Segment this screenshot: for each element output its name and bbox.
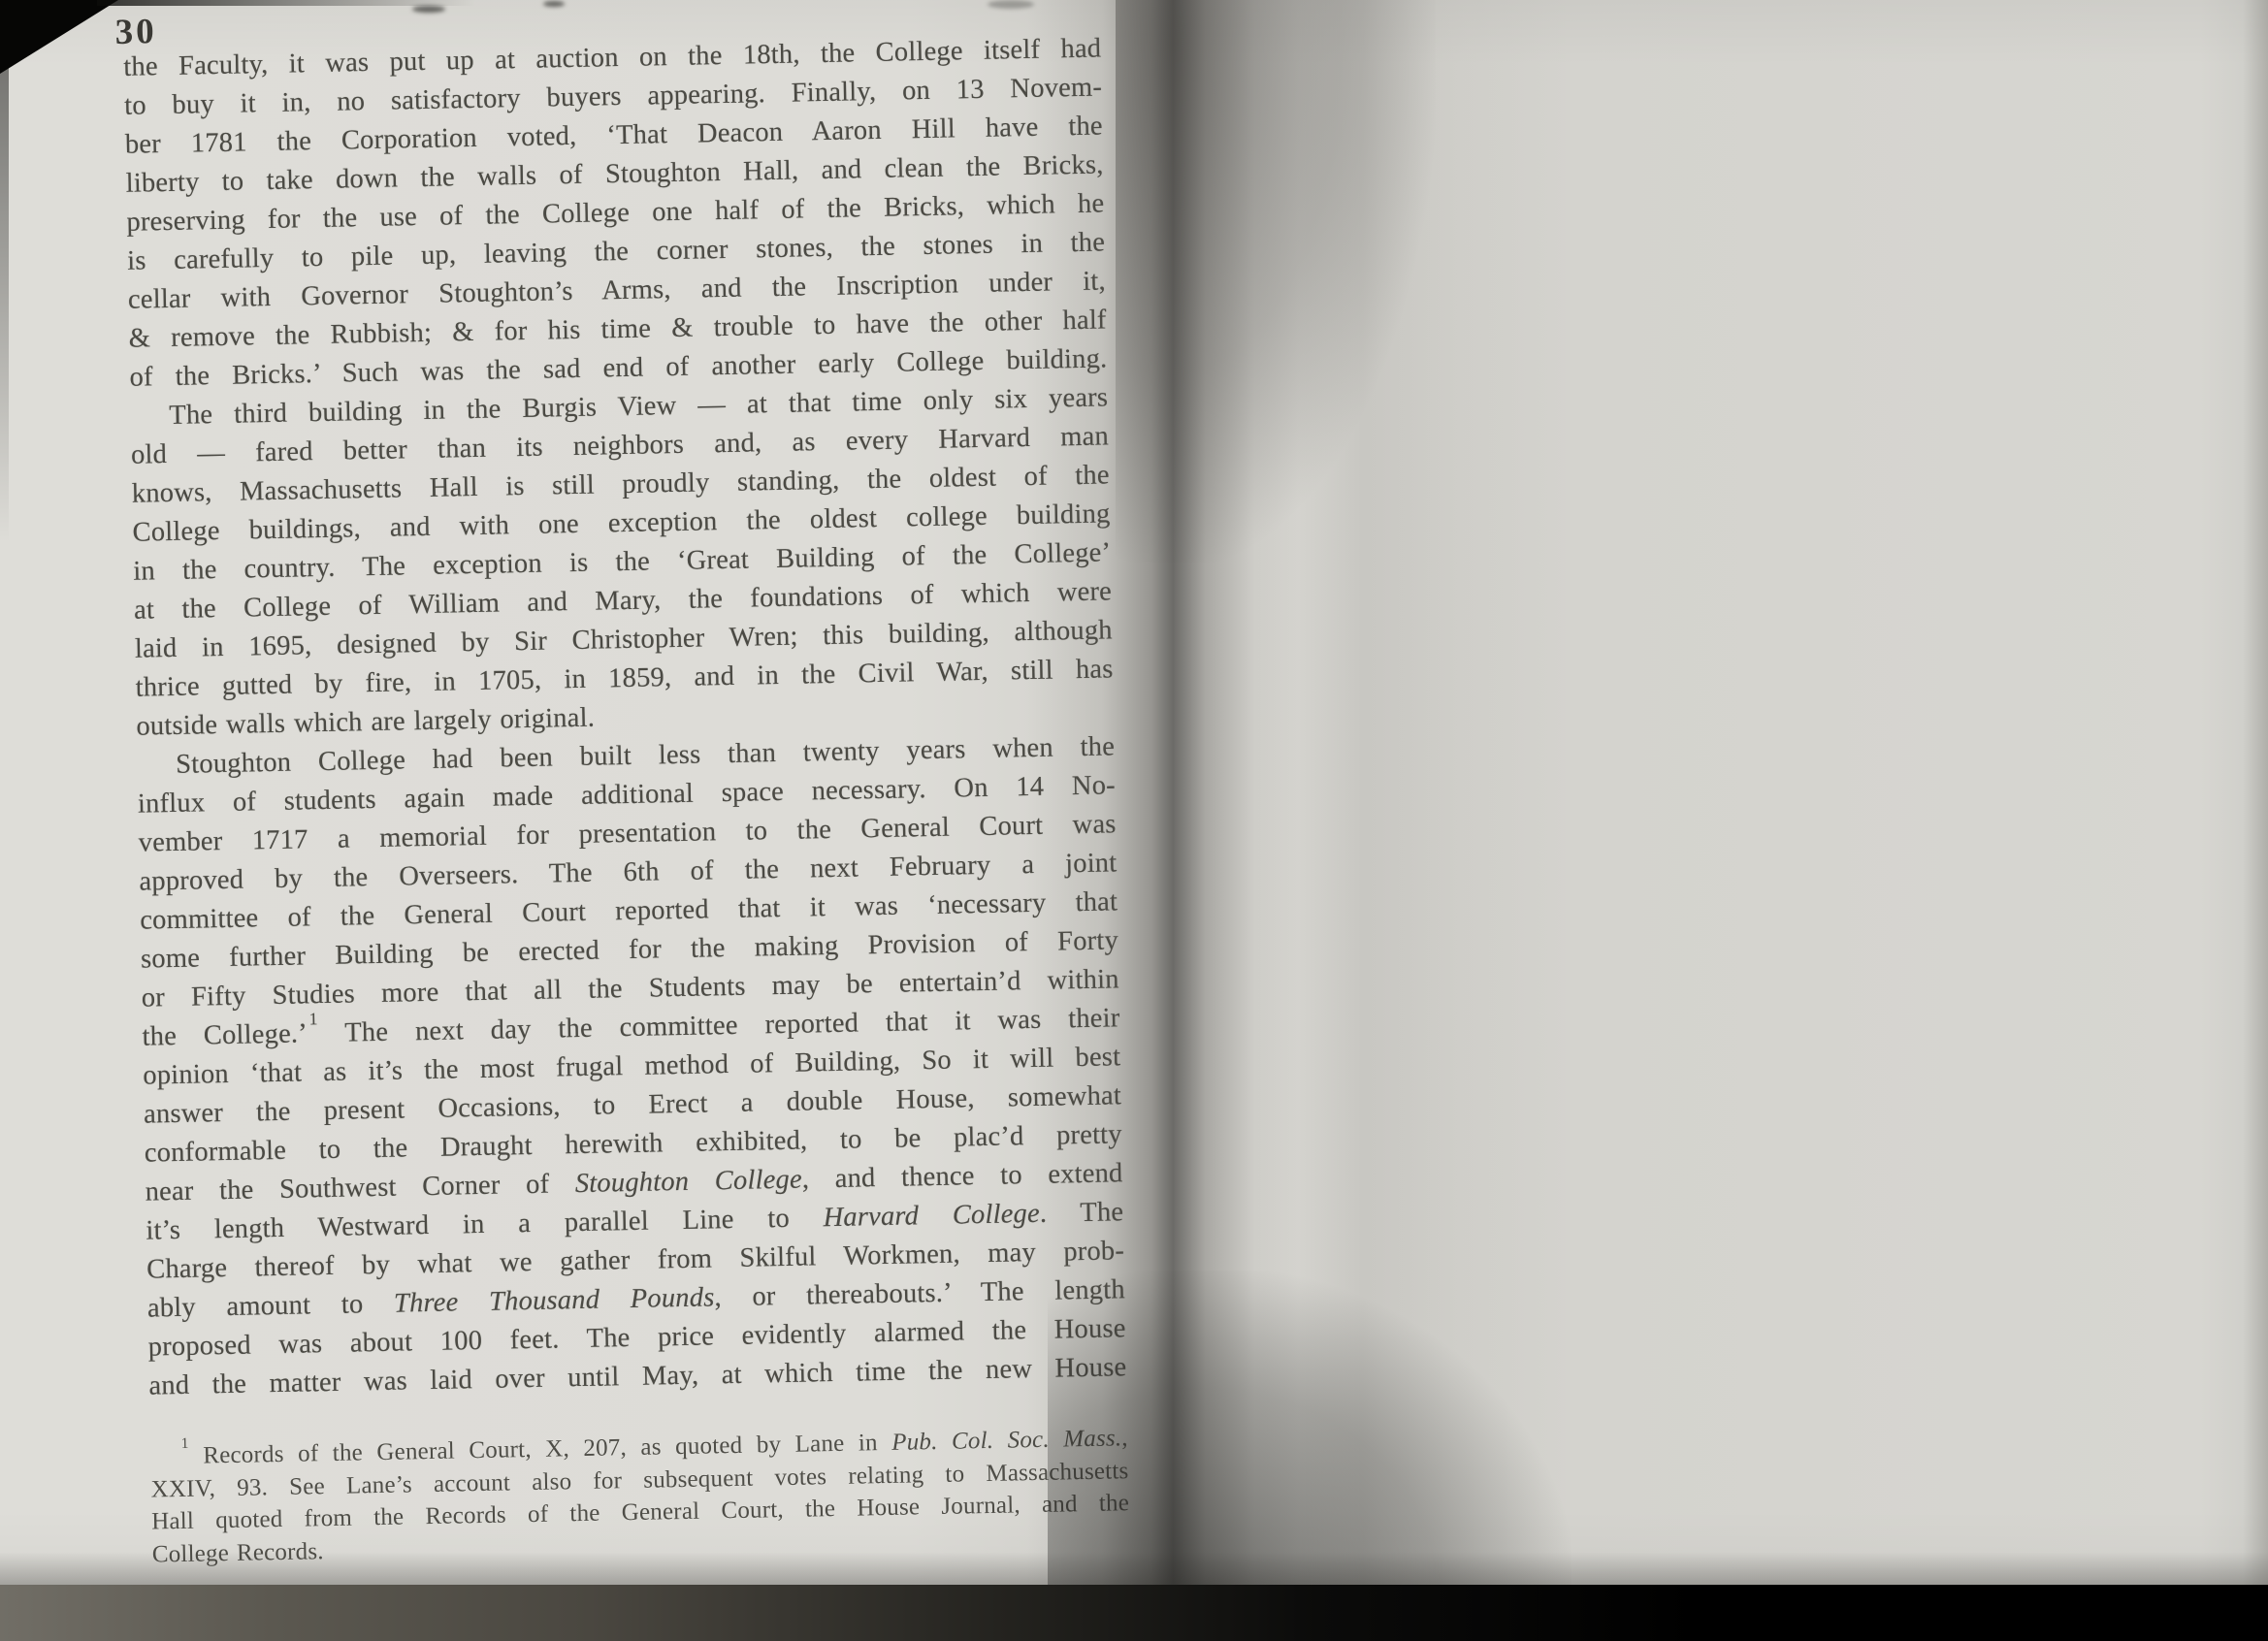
left-page-body-text: the Faculty, it was put up at auction on…: [123, 29, 1127, 1405]
scanned-book-spread: 30 the Faculty, it was put up at auction…: [0, 0, 2268, 1641]
left-page-footnote: 1 Records of the General Court, X, 207, …: [150, 1422, 1130, 1570]
left-page: 30 the Faculty, it was put up at auction…: [0, 0, 1193, 1641]
right-page: was ushered in by the election sermon of…: [1193, 0, 2268, 1641]
page-number: 30: [114, 11, 157, 53]
left-page-text-column: 30 the Faculty, it was put up at auction…: [123, 29, 1130, 1570]
